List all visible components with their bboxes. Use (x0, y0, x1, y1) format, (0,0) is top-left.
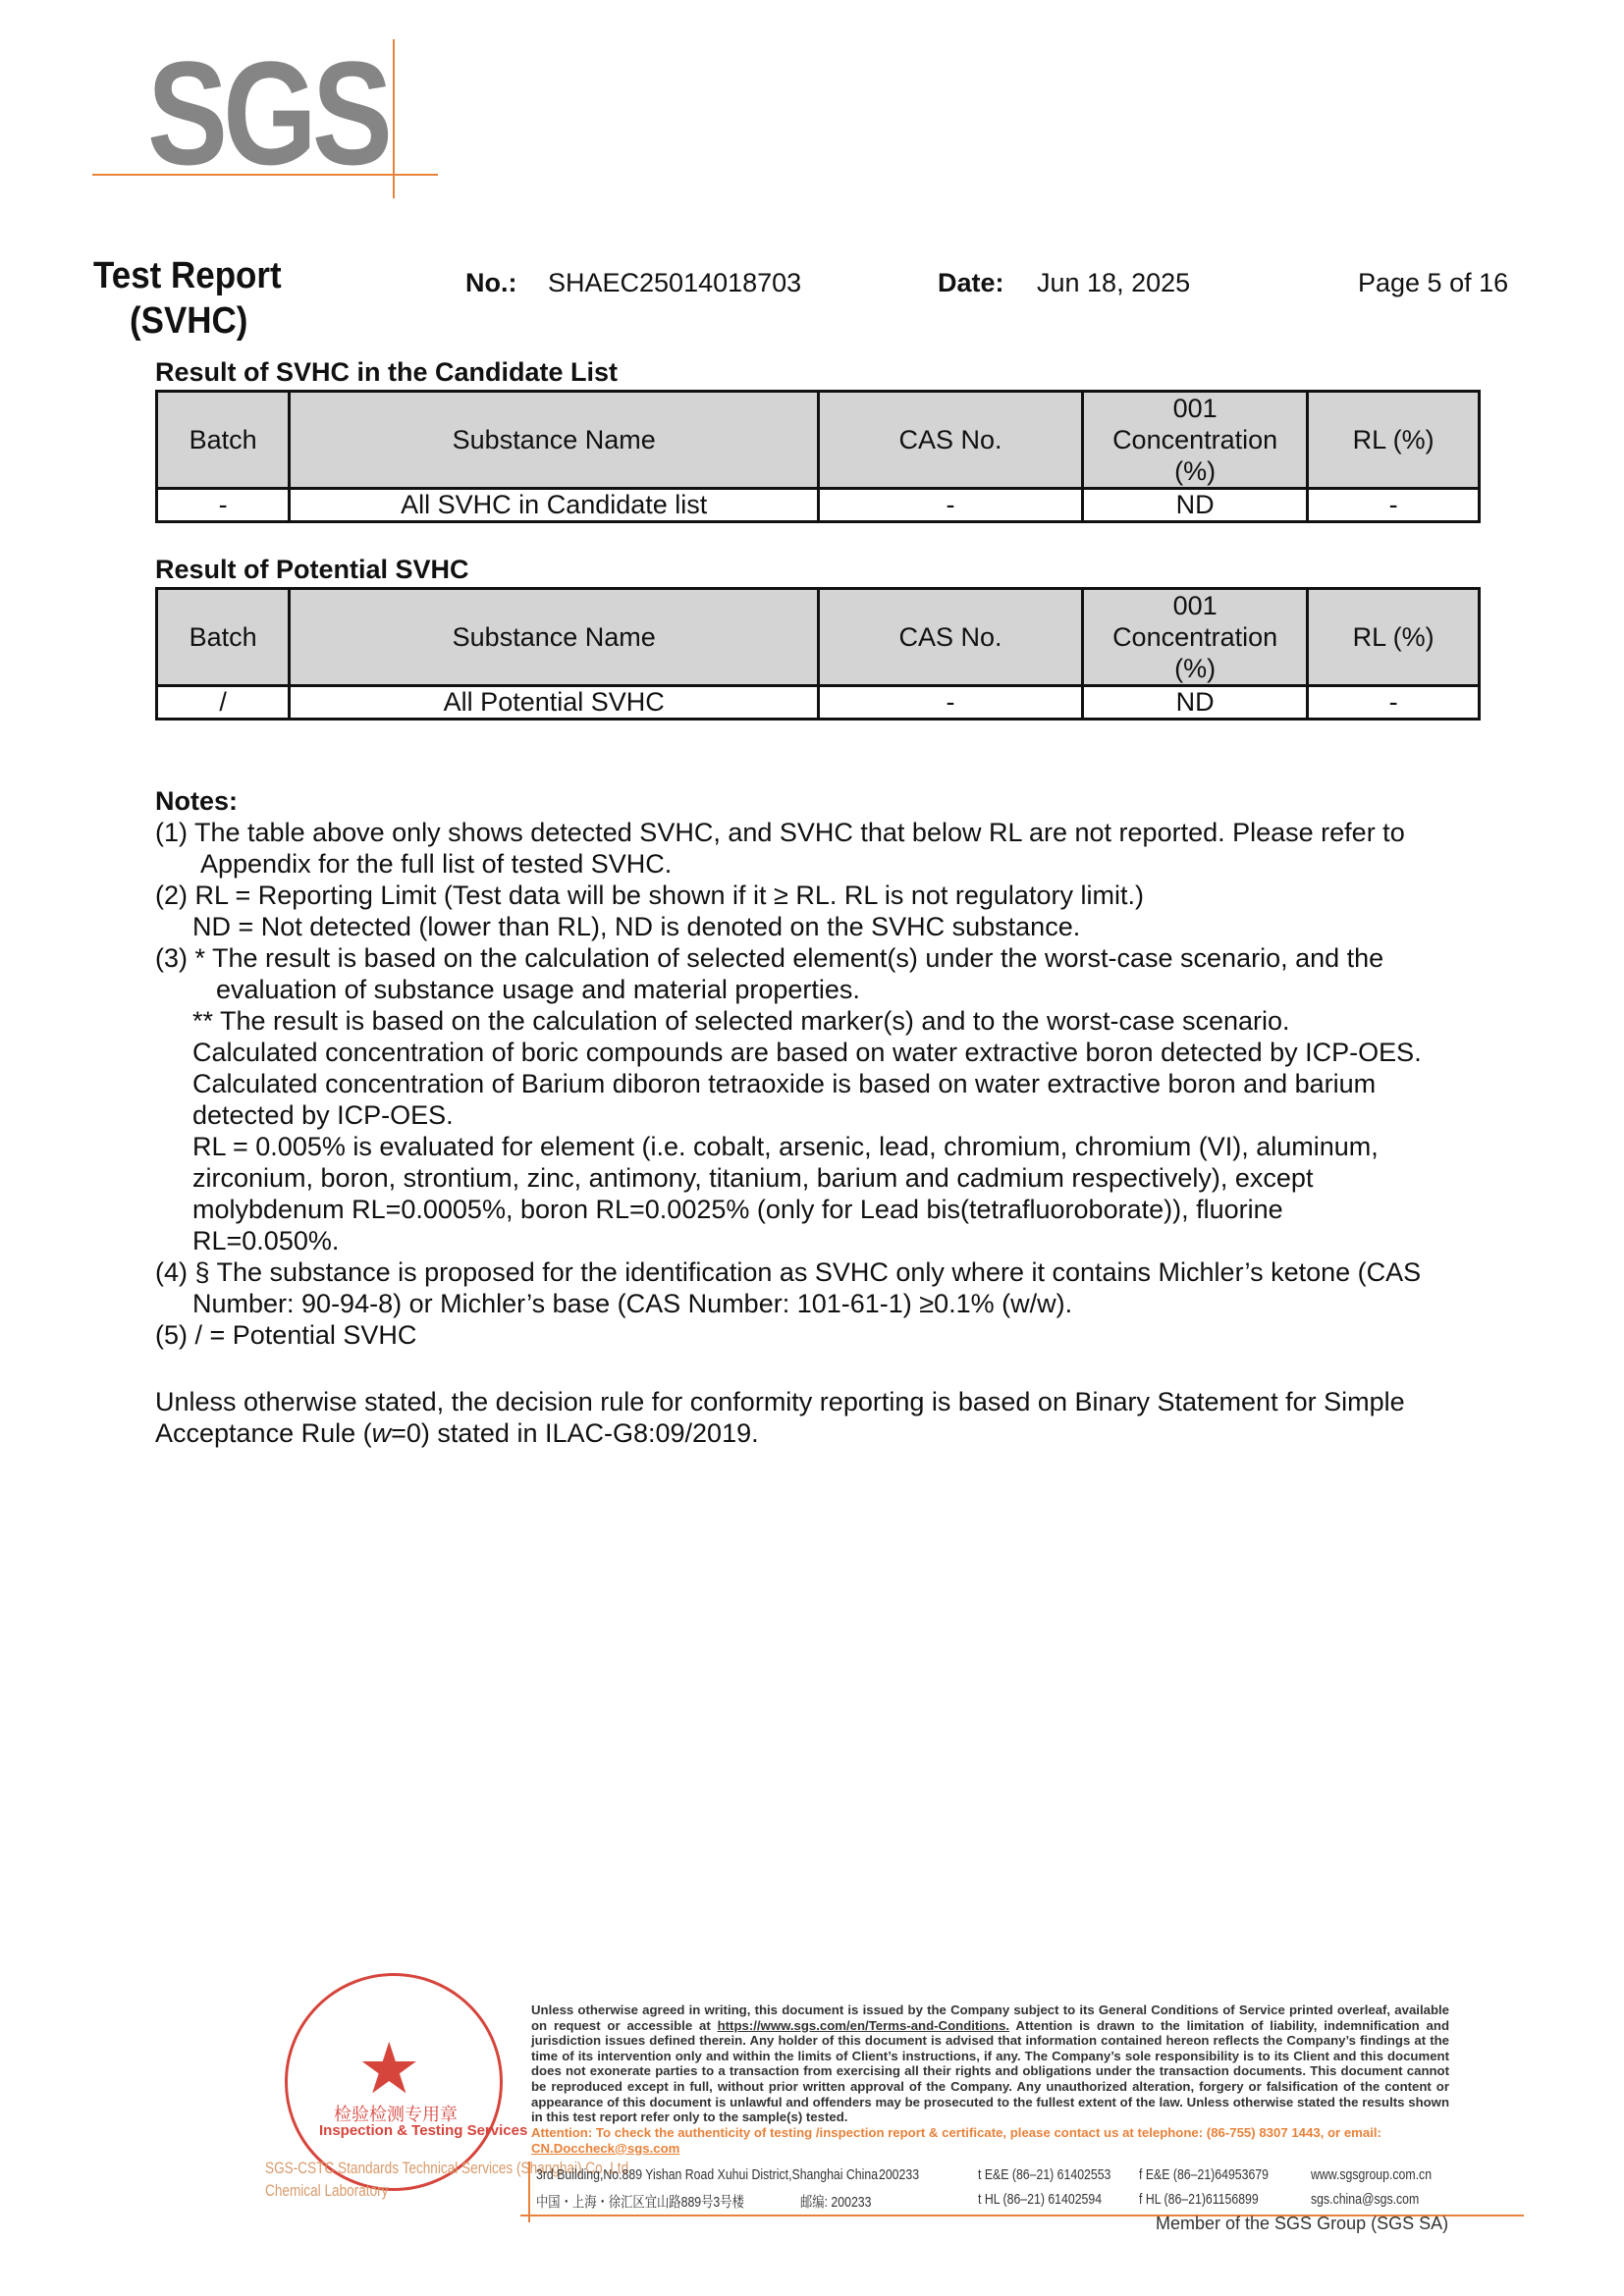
terms-link[interactable]: https://www.sgs.com/en/Terms-and-Conditi… (718, 2018, 1009, 2033)
note-1: (1) The table above only shows detected … (155, 817, 1530, 848)
note-3-barium: Calculated concentration of Barium dibor… (155, 1068, 1530, 1099)
header-concentration-label: Concentration (1084, 621, 1306, 653)
notes-section: Notes: (1) The table above only shows de… (155, 785, 1530, 1351)
header-batch: Batch (157, 392, 290, 489)
authenticity-notice: Attention: To check the authenticity of … (531, 2125, 1464, 2156)
contact-email-link[interactable]: sgs.china@sgs.com (1311, 2191, 1419, 2208)
header-cas-no: CAS No. (819, 589, 1083, 686)
tel-hl: t HL (86–21) 61402594 (978, 2191, 1102, 2208)
postcode-chinese: 邮编: 200233 (800, 2191, 871, 2212)
cell-substance: All SVHC in Candidate list (290, 489, 819, 522)
header-concentration: 001 Concentration (%) (1082, 589, 1307, 686)
logo-vertical-rule (393, 39, 395, 198)
cell-substance: All Potential SVHC (290, 686, 819, 720)
report-title: Test Report (93, 253, 282, 298)
header-concentration: 001 Concentration (%) (1082, 392, 1307, 489)
note-3-rl-cont2: molybdenum RL=0.0005%, boron RL=0.0025% … (155, 1194, 1530, 1225)
notes-heading: Notes: (155, 785, 1530, 817)
postcode-english: 200233 (879, 2166, 919, 2183)
header-rl: RL (%) (1308, 589, 1480, 686)
note-4-cont: Number: 90-94-8) or Michler’s base (CAS … (155, 1288, 1530, 1319)
note-2: (2) RL = Reporting Limit (Test data will… (155, 880, 1530, 911)
note-1-cont: Appendix for the full list of tested SVH… (155, 848, 1530, 880)
fax-hl: f HL (86–21)61156899 (1139, 2191, 1259, 2208)
report-subtitle: (SVHC) (130, 298, 247, 344)
address-chinese: 中国・上海・徐汇区宜山路889号3号楼 (536, 2191, 744, 2212)
sgs-logo: SGS (147, 39, 388, 187)
legal-disclaimer: Unless otherwise agreed in writing, this… (531, 2002, 1449, 2125)
note-3-rl-cont: zirconium, boron, strontium, zinc, antim… (155, 1162, 1530, 1194)
table-header-row: Batch Substance Name CAS No. 001 Concent… (157, 392, 1480, 489)
date-label: Date: (938, 268, 1004, 298)
candidate-svhc-table: Batch Substance Name CAS No. 001 Concent… (155, 390, 1481, 523)
report-no: SHAEC25014018703 (548, 268, 801, 298)
header-cas-no: CAS No. (819, 392, 1083, 489)
decision-rule: Unless otherwise stated, the decision ru… (155, 1386, 1530, 1449)
header-batch: Batch (157, 589, 290, 686)
table-header-row: Batch Substance Name CAS No. 001 Concent… (157, 589, 1480, 686)
note-3: (3) * The result is based on the calcula… (155, 942, 1530, 974)
logo-horizontal-rule (92, 174, 438, 176)
fax-ee: f E&E (86–21)64953679 (1139, 2166, 1269, 2183)
cell-concentration: ND (1082, 686, 1307, 720)
stamp-english-text: Inspection & Testing Services (319, 2122, 527, 2139)
page-number: Page 5 of 16 (1358, 268, 1508, 298)
decision-rule-line1: Unless otherwise stated, the decision ru… (155, 1386, 1530, 1417)
note-3-rl: RL = 0.005% is evaluated for element (i.… (155, 1131, 1530, 1162)
table-row: / All Potential SVHC - ND - (157, 686, 1480, 720)
address-vertical-rule (528, 2162, 530, 2222)
note-3-barium-cont: detected by ICP-OES. (155, 1099, 1530, 1131)
note-3-rl-cont3: RL=0.050%. (155, 1225, 1530, 1256)
header-concentration-unit: (%) (1084, 455, 1306, 487)
note-3-cont: evaluation of substance usage and materi… (155, 974, 1530, 1005)
note-2-nd: ND = Not detected (lower than RL), ND is… (155, 911, 1530, 942)
lab-subname: Chemical Laboratory (265, 2181, 388, 2201)
cell-cas: - (819, 489, 1083, 522)
star-icon: ★ (357, 2034, 421, 2105)
tel-ee: t E&E (86–21) 61402553 (978, 2166, 1110, 2183)
sgs-group-membership: Member of the SGS Group (SGS SA) (1156, 2214, 1448, 2234)
decision-rule-italic: w (372, 1418, 392, 1448)
note-5: (5) / = Potential SVHC (155, 1319, 1530, 1351)
cell-concentration: ND (1082, 489, 1307, 522)
potential-table-title: Result of Potential SVHC (155, 555, 469, 585)
potential-svhc-table: Batch Substance Name CAS No. 001 Concent… (155, 587, 1481, 721)
cell-batch: / (157, 686, 290, 720)
decision-rule-pre: Acceptance Rule ( (155, 1418, 372, 1448)
cell-batch: - (157, 489, 290, 522)
candidate-table-title: Result of SVHC in the Candidate List (155, 357, 618, 388)
header-batch-id: 001 (1084, 393, 1306, 424)
cell-rl: - (1308, 686, 1480, 720)
address-english: 3rd Building,No.889 Yishan Road Xuhui Di… (536, 2166, 878, 2183)
note-4: (4) § The substance is proposed for the … (155, 1256, 1530, 1288)
doccheck-email-link[interactable]: CN.Doccheck@sgs.com (531, 2141, 679, 2156)
header-rl: RL (%) (1308, 392, 1480, 489)
decision-rule-post: =0) stated in ILAC-G8:09/2019. (391, 1418, 758, 1448)
table-row: - All SVHC in Candidate list - ND - (157, 489, 1480, 522)
header-concentration-unit: (%) (1084, 653, 1306, 684)
website-link[interactable]: www.sgsgroup.com.cn (1311, 2166, 1432, 2183)
header-substance-name: Substance Name (290, 392, 819, 489)
cell-cas: - (819, 686, 1083, 720)
header-substance-name: Substance Name (290, 589, 819, 686)
header-batch-id: 001 (1084, 590, 1306, 621)
decision-rule-line2: Acceptance Rule (w=0) stated in ILAC-G8:… (155, 1417, 1530, 1449)
report-date: Jun 18, 2025 (1037, 268, 1190, 298)
disclaimer-post: Attention is drawn to the limitation of … (531, 2018, 1449, 2125)
report-no-label: No.: (465, 268, 516, 298)
cell-rl: - (1308, 489, 1480, 522)
note-3-marker: ** The result is based on the calculatio… (155, 1005, 1530, 1037)
note-3-boric: Calculated concentration of boric compou… (155, 1037, 1530, 1068)
attention-text: Attention: To check the authenticity of … (531, 2125, 1381, 2140)
header-concentration-label: Concentration (1084, 424, 1306, 455)
